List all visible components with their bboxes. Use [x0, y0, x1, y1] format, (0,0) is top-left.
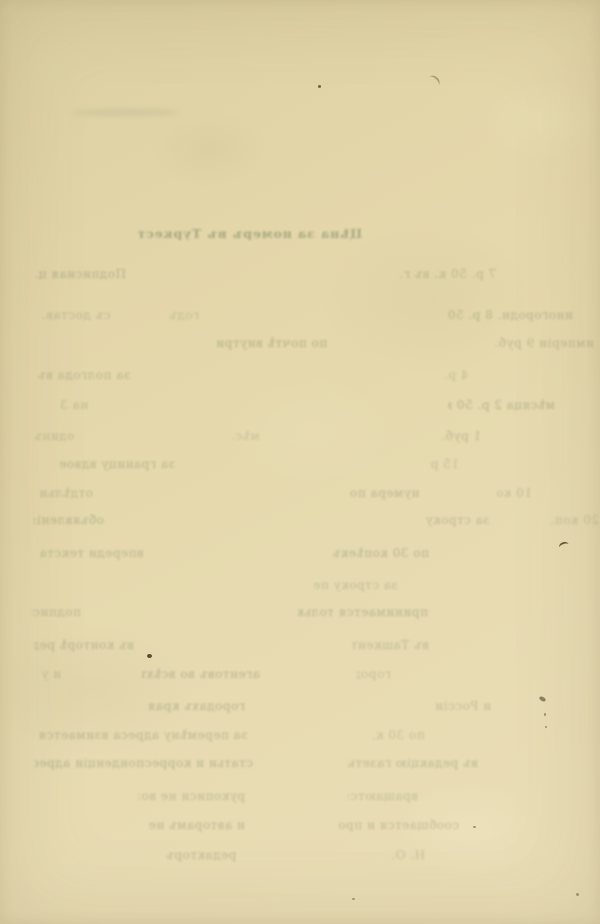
ghost-text-line: статьи и корреспонденціи адресовать [34, 757, 253, 770]
ghost-heading-line: Цѣна за номеръ въ Туркестанск. краѣ [137, 227, 362, 240]
ghost-text-line: въ редакцію газеты [348, 757, 478, 770]
ghost-text-line: Н. О. [387, 849, 429, 862]
ghost-text-line: въ Ташкентѣ [352, 639, 429, 652]
ghost-text-line: за полгода въ [34, 369, 134, 382]
ink-speck [352, 898, 355, 900]
ghost-text-line: за строку [425, 514, 490, 527]
ghost-text-line: сообщается и проч. [337, 819, 459, 832]
ghost-text-line: и авторамъ не [149, 819, 245, 832]
ghost-text-line: за перемѣну адреса взимается [38, 729, 248, 742]
ghost-text-line: съ достав. [36, 309, 116, 322]
ghost-text-line: за границу вдвое [54, 458, 180, 471]
ghost-text-line: 4 р. [440, 369, 472, 382]
ghost-text-line: мѣсяца 2 р. 50 к. [448, 399, 555, 412]
ghost-text-line: городахъ края [149, 700, 245, 713]
ink-speck [147, 654, 152, 658]
ghost-text-line: Подписная ц. [36, 268, 126, 281]
ghost-text-line: одинъ [31, 430, 77, 443]
ghost-text-line: подписка [31, 606, 81, 619]
ghost-text-line: по 30 копѣекъ [333, 547, 429, 560]
ghost-text-line: редакторъ [161, 849, 241, 862]
scanned-book-page: Цѣна за номеръ въ Туркестанск. краѣПодпи… [0, 0, 600, 924]
ghost-text-line: по 30 к. [367, 729, 429, 742]
ghost-text-line: иногородн. 8 р. 50 [448, 309, 573, 322]
ink-speck [318, 85, 321, 88]
ghost-text-line: на 3 [54, 399, 94, 412]
ghost-text-line: имперіи 9 руб. [490, 337, 598, 350]
ghost-text-line: годъ [168, 309, 200, 322]
ghost-text-line: город. [356, 668, 391, 681]
ghost-text-line: 20 коп. [551, 514, 599, 527]
ghost-text-line: 15 р. [429, 458, 459, 471]
ink-speck [473, 826, 476, 828]
ghost-text-line: принимается только [298, 606, 428, 619]
ghost-text-line: и у [31, 668, 71, 681]
ghost-text-line: объявленія [34, 514, 104, 527]
ghost-text-line: рукописи не воз [138, 790, 245, 803]
ghost-text-line: впереди текста [34, 547, 149, 560]
ghost-text-line: отдѣльн. [38, 487, 93, 500]
ink-speck [576, 893, 579, 896]
ink-speck [544, 713, 546, 716]
ghost-text-line: мѣс. [230, 430, 260, 443]
ghost-text-line: агентовъ во всѣхъ [142, 668, 260, 681]
ink-speck [538, 696, 546, 703]
ghost-text-line: 10 коп. [497, 487, 532, 500]
ghost-text-line: вращаются [348, 790, 418, 803]
ghost-text-line: и Россіи [429, 700, 497, 713]
ink-speck [425, 73, 442, 90]
ghost-text-line: въ конторѣ ред. [34, 639, 134, 652]
ghost-text-line: по почтѣ внутри [214, 337, 329, 350]
ghost-text-line: нумера по [348, 487, 421, 500]
ink-smudge [73, 109, 178, 116]
ghost-text-line: за строку пет. [314, 579, 398, 592]
ghost-text-line: 1 руб. [440, 430, 482, 443]
ink-speck [545, 726, 547, 728]
ghost-text-line: 7 р. 50 к. въ г. [390, 268, 505, 281]
ink-speck [558, 541, 570, 552]
